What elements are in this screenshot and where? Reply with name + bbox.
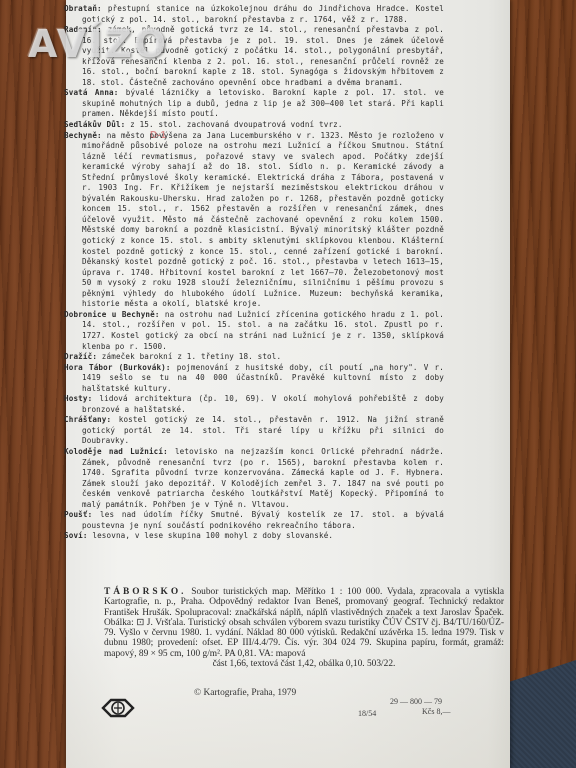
price: Kčs 8,— xyxy=(422,707,450,716)
entry: Svatá Anna: bývalé lázničky a letovisko.… xyxy=(64,88,444,120)
colophon-text: Soubor turistických map. Měřítko 1 : 100… xyxy=(104,587,504,659)
gazetteer-entries: Obrataň: přestupní stanice na úzkokolejn… xyxy=(64,4,444,542)
series-number: 18/54 xyxy=(358,709,376,718)
entry-term: Bechyně: xyxy=(64,131,102,140)
entry: Chrášťany: kostel gotický ze 14. stol., … xyxy=(64,415,444,447)
entry-term: Dražíč: xyxy=(64,352,97,361)
colophon-title: TÁBORSKO. xyxy=(104,587,186,597)
entry: Hora Tábor (Burkovák): pojmenování z hus… xyxy=(64,363,444,395)
entry-text: les nad údolím říčky Smutné. Bývalý kost… xyxy=(82,510,444,530)
entry: Dobronice u Bechyně: na ostrohu nad Lužn… xyxy=(64,310,444,352)
entry-term: Obrataň: xyxy=(64,4,102,13)
entry-text: letovisko na nejzazším konci Orlické pře… xyxy=(82,447,444,509)
entry: Sedlákův Důl: z 15. stol. zachovaná dvou… xyxy=(64,120,444,131)
entry: Hosty: lidová architektura (čp. 10, 69).… xyxy=(64,394,444,415)
watermark-logo: AVÍZO xyxy=(28,22,168,66)
entry-term: Sedlákův Důl: xyxy=(64,120,125,129)
colophon-last-line: část 1,66, textová část 1,42, obálka 0,1… xyxy=(104,659,504,669)
entry: Dražíč: zámeček barokní z 1. třetiny 18.… xyxy=(64,352,444,363)
entry: Soví: lesovna, v lese skupina 100 mohyl … xyxy=(64,531,444,542)
order-number: 29 — 800 — 79 xyxy=(390,697,442,706)
entry-term: Hora Tábor (Burkovák): xyxy=(64,363,171,372)
entry-term: Svatá Anna: xyxy=(64,88,119,97)
copyright-notice: © Kartografie, Praha, 1979 xyxy=(194,688,344,698)
entry: Poušť: les nad údolím říčky Smutné. Býva… xyxy=(64,510,444,531)
entry: Bechyně: na město povýšena za Jana Lucem… xyxy=(64,131,444,310)
entry-term: Poušť: xyxy=(64,510,92,519)
entry-text: na město povýšena za Jana Lucemburského … xyxy=(82,131,444,309)
entry-term: Soví: xyxy=(64,531,88,540)
entry-term: Koloděje nad Lužnicí: xyxy=(64,447,168,456)
entry-text: lesovna, v lese skupina 100 mohyl z doby… xyxy=(92,531,333,540)
entry-text: bývalé lázničky a letovisko. Barokní kap… xyxy=(82,88,444,118)
entry-term: Chrášťany: xyxy=(64,415,111,424)
entry-term: Dobronice u Bechyně: xyxy=(64,310,160,319)
entry: Koloděje nad Lužnicí: letovisko na nejza… xyxy=(64,447,444,510)
publisher-logo-icon xyxy=(101,697,135,719)
entry-text: přestupní stanice na úzkokolejnou dráhu … xyxy=(82,4,444,24)
entry-text: z 15. stol. zachovaná dvoupatrová vodní … xyxy=(130,120,342,129)
entry-term: Hosty: xyxy=(64,394,92,403)
colophon: TÁBORSKO. Soubor turistických map. Měřít… xyxy=(104,587,504,669)
entry-text: zámeček barokní z 1. třetiny 18. stol. xyxy=(102,352,281,361)
entry-text: kostel gotický ze 14. stol., přestavěn r… xyxy=(82,415,444,445)
entry-text: lidová architektura (čp. 10, 69). V okol… xyxy=(82,394,444,414)
